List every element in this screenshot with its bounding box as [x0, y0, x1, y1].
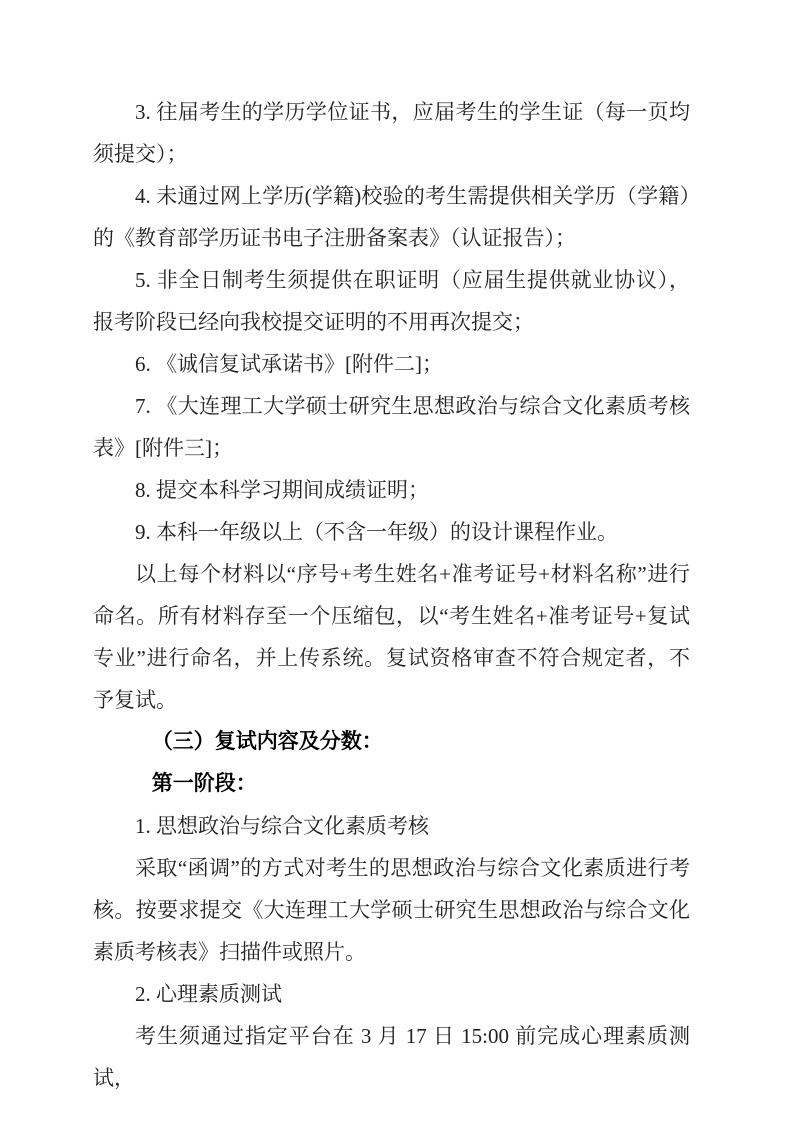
- material-item-7: 7. 《大连理工大学硕士研究生思想政治与综合文化素质考核表》[附件三]；: [93, 385, 690, 469]
- document-page: 3. 往届考生的学历学位证书，应届考生的学生证（每一页均须提交）；4. 未通过网…: [0, 0, 793, 1122]
- stage-one-item-1: 1. 思想政治与综合文化素质考核: [93, 805, 690, 847]
- material-item-3: 3. 往届考生的学历学位证书，应届考生的学生证（每一页均须提交）；: [93, 91, 690, 175]
- document-body: 3. 往届考生的学历学位证书，应届考生的学生证（每一页均须提交）；4. 未通过网…: [93, 91, 690, 1099]
- material-item-5: 5. 非全日制考生须提供在职证明（应届生提供就业协议），报考阶段已经向我校提交证…: [93, 259, 690, 343]
- stage-one-item-2-detail: 考生须通过指定平台在 3 月 17 日 15:00 前完成心理素质测试，: [93, 1015, 690, 1099]
- material-item-6: 6. 《诚信复试承诺书》[附件二]；: [93, 343, 690, 385]
- material-item-9: 9. 本科一年级以上（不含一年级）的设计课程作业。: [93, 511, 690, 553]
- stage-one-heading: 第一阶段：: [93, 763, 690, 805]
- stage-one-item-1-detail: 采取“函调”的方式对考生的思想政治与综合文化素质进行考核。按要求提交《大连理工大…: [93, 847, 690, 973]
- material-naming-instructions: 以上每个材料以“序号+考生姓名+准考证号+材料名称”进行命名。所有材料存至一个压…: [93, 553, 690, 721]
- stage-one-item-2: 2. 心理素质测试: [93, 973, 690, 1015]
- material-item-4: 4. 未通过网上学历(学籍)校验的考生需提供相关学历（学籍）的《教育部学历证书电…: [93, 175, 690, 259]
- material-item-8: 8. 提交本科学习期间成绩证明；: [93, 469, 690, 511]
- section-heading-retest-content-and-scores: （三）复试内容及分数：: [93, 721, 690, 763]
